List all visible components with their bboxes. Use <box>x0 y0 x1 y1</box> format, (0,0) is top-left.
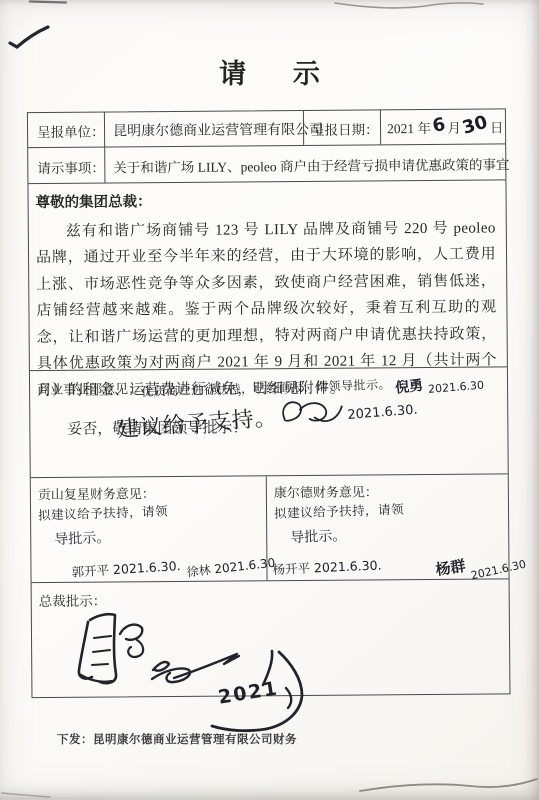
subject-label: 请示事项： <box>37 161 105 177</box>
distribution-note: 下发：昆明康尔德商业运营管理有限公司财务 <box>57 731 297 747</box>
signature-scribble-icon <box>278 393 346 430</box>
president-approval-area: 2021 <box>48 598 358 778</box>
paper-edge-curve-top <box>333 0 488 12</box>
kangerde-signature-2: 杨群 <box>434 555 467 580</box>
business-opinion-line1-wrap: 商业事业部意见：优质商户进行扶持，已经面报，请领导批示。倪勇2021.6.30 <box>30 367 507 399</box>
gongshan-finance-handwriting-1: 拟建议给予扶持，请领 <box>38 501 169 523</box>
page-title: 请 示 <box>0 52 539 91</box>
date-month-unit: 月 <box>447 121 461 136</box>
business-opinion-date-1: 2021.6.30 <box>428 379 485 396</box>
business-opinion-line2-text: 建议给予支持。 <box>116 405 278 442</box>
president-approval-scribble <box>48 598 358 778</box>
row-finance-opinions: 贡山复星财务意见：拟建议给予扶持，请领 导批示。 郭开平 2021.6.30. … <box>31 474 509 583</box>
scanned-request-document: 请 示 呈报单位： 昆明康尔德商业运营管理有限公司 呈报日期： 2021 年6月… <box>0 0 539 800</box>
subject-value-cell: 关于和谐广场 LILY、peoleo 商户由于经营亏损申请优惠政策的事宜 <box>105 144 507 182</box>
subject-value: 关于和谐广场 LILY、peoleo 商户由于经营亏损申请优惠政策的事宜 <box>113 157 509 175</box>
salutation: 尊敬的集团总裁： <box>36 186 496 216</box>
gongshan-signature-1: 郭开平 2021.6.30. <box>71 556 181 581</box>
business-opinion-label: 商业事业部意见： <box>37 381 141 397</box>
row-reporting-unit: 呈报单位： 昆明康尔德商业运营管理有限公司 呈报日期： 2021 年6月30日 <box>28 109 505 148</box>
reporting-unit-label: 呈报单位： <box>37 125 105 141</box>
row-body: 尊敬的集团总裁： 兹有和谐广场商铺号 123 号 LILY 品牌及商铺号 220… <box>28 180 506 371</box>
report-date-label-cell: 呈报日期： <box>304 110 381 145</box>
paper-edge-curve-bottom <box>0 768 539 800</box>
top-edge-mark <box>28 0 72 5</box>
report-date-label: 呈报日期： <box>311 122 379 138</box>
subject-label-cell: 请示事项： <box>28 147 105 183</box>
date-day-unit: 日 <box>490 120 504 135</box>
report-date-value-cell: 2021 年6月30日 <box>381 109 507 144</box>
pen-checkmark-icon <box>6 20 52 50</box>
gongshan-finance-handwriting-2: 导批示。 <box>54 526 125 549</box>
business-opinion-date-2: 2021.6.30. <box>347 403 418 423</box>
date-year: 2021 年 <box>387 121 431 136</box>
kangerde-finance-signatures: 杨开平 2021.6.30. 杨群 2021.6.30 <box>267 556 510 578</box>
date-month-handwritten: 6 <box>431 114 447 137</box>
row-business-opinion: 商业事业部意见：优质商户进行扶持，已经面报，请领导批示。倪勇2021.6.30 … <box>30 367 508 478</box>
kangerde-finance-handwriting-2: 导批示。 <box>290 524 361 547</box>
gongshan-signature-2: 徐林 2021.6.30 <box>186 554 276 581</box>
reporting-unit-value: 昆明康尔德商业运营管理有限公司 <box>113 123 323 140</box>
reporting-unit-label-cell: 呈报单位： <box>28 112 105 147</box>
kangerde-signature-1: 杨开平 2021.6.30. <box>272 555 382 578</box>
reporting-unit-value-cell: 昆明康尔德商业运营管理有限公司 <box>105 111 304 147</box>
gongshan-finance-label: 贡山复星财务意见： <box>38 486 155 502</box>
date-day-handwritten: 30 <box>460 112 490 139</box>
row-subject: 请示事项： 关于和谐广场 LILY、peoleo 商户由于经营亏损申请优惠政策的… <box>28 144 505 184</box>
gongshan-fuxing-finance-cell: 贡山复星财务意见：拟建议给予扶持，请领 导批示。 郭开平 2021.6.30. … <box>31 476 268 582</box>
gongshan-finance-signatures: 郭开平 2021.6.30. 徐林 2021.6.30 <box>31 558 266 580</box>
kangerde-finance-handwriting-1: 拟建议给予扶持，请领 <box>274 499 405 521</box>
kangerde-finance-cell: 康尔德财务意见：拟建议给予扶持，请领 导批示。 杨开平 2021.6.30. 杨… <box>267 474 511 580</box>
kangerde-finance-label: 康尔德财务意见： <box>274 484 378 500</box>
